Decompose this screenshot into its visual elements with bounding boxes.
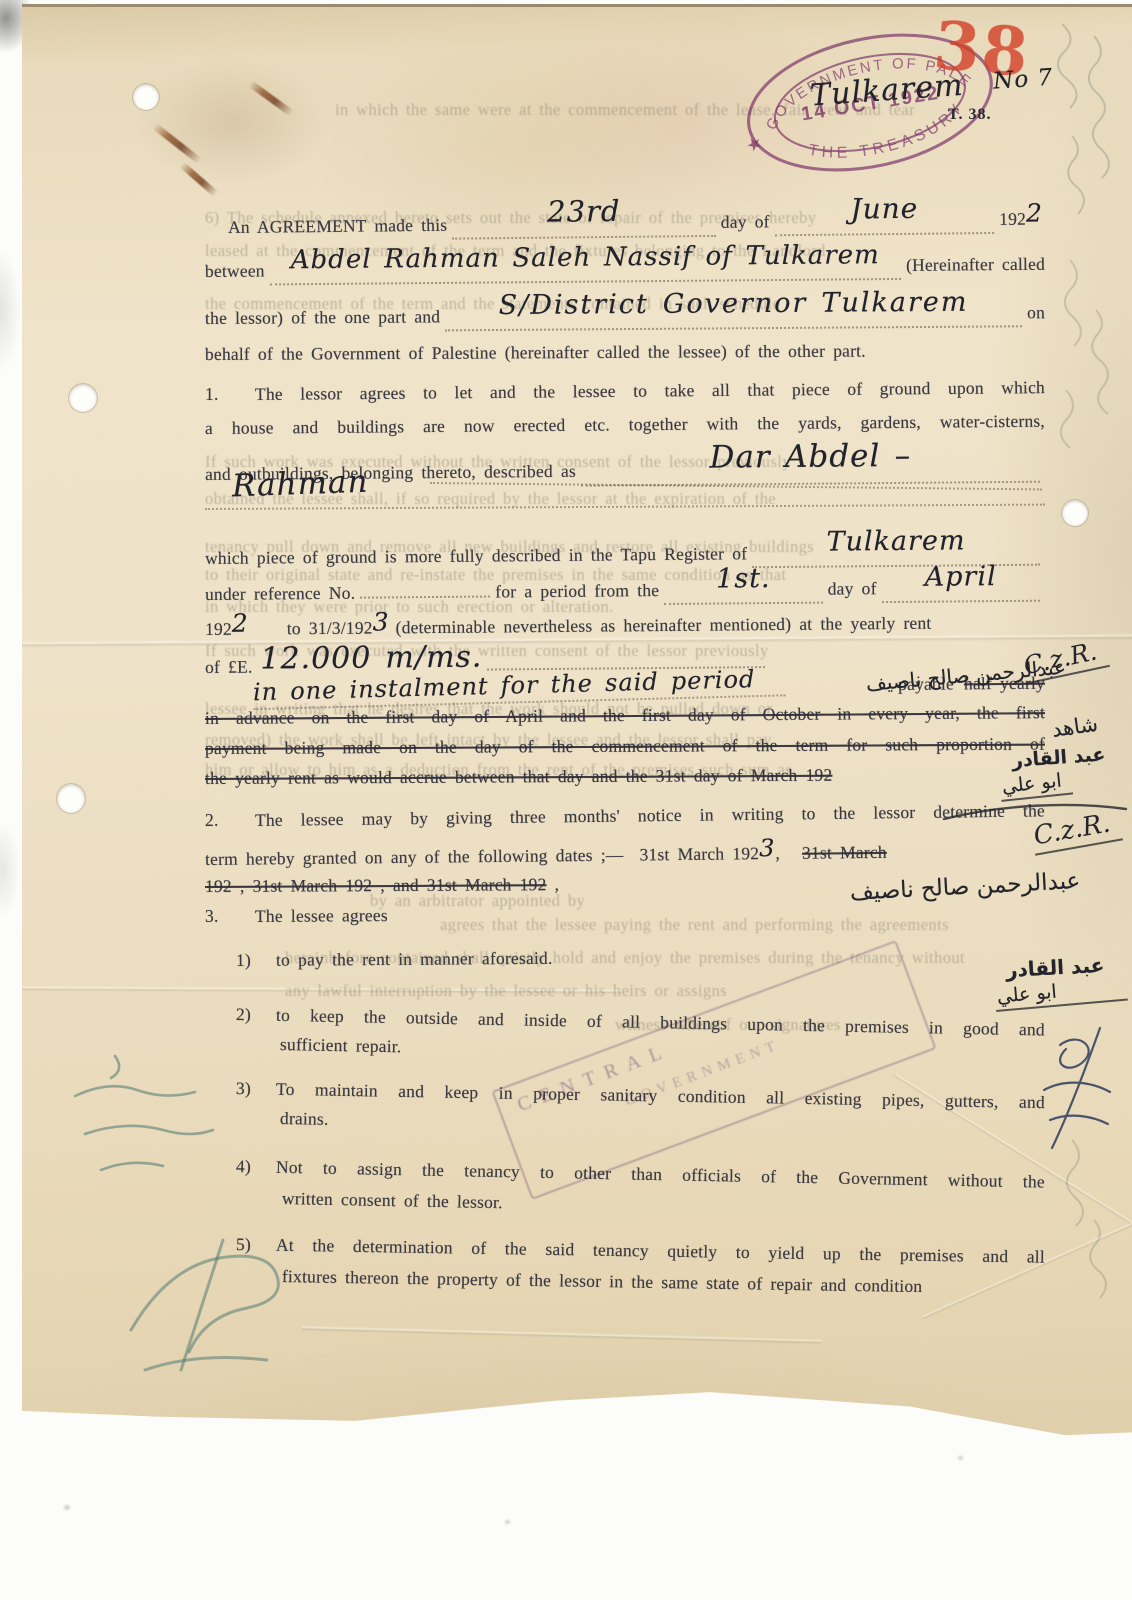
opening-hereinafter: (Hereinafter called (906, 254, 1045, 276)
handwritten-lessor-name: Abdel Rahman Saleh Nassif of Tulkarem (291, 240, 880, 275)
handwritten-date-digit: 3 (759, 834, 776, 862)
teal-pencil-note-1 (55, 1038, 235, 1198)
clause1-period-lead: for a period from the (495, 580, 659, 602)
ghost-margin-writing-1 (1042, 16, 1128, 226)
ghost-margin-writing-3 (1050, 1130, 1120, 1320)
agreement-opening-line-4: behalf of the Government of Palestine (h… (205, 341, 866, 365)
fill-property-name: Dar Abdel – (581, 445, 1040, 487)
scan-speck (958, 1456, 963, 1460)
opening-lead: An AGREEMENT made this (228, 215, 447, 238)
scan-speck (64, 1505, 70, 1510)
item4-number: 4) (236, 1156, 276, 1178)
fill-lessor: Abdel Rahman Saleh Nassif of Tulkarem (270, 248, 902, 286)
clause2-trailing-comma: , (554, 874, 559, 895)
crease-line (22, 985, 622, 994)
handwritten-from-day: 1st. (716, 563, 771, 594)
handwritten-year2: 2 (232, 609, 249, 638)
clause2-dates-lead: term hereby granted on any of the follow… (205, 845, 624, 870)
hole-punch (69, 384, 97, 412)
clause1-year-from: 192 (205, 619, 232, 640)
clause3-lead: The lessee agrees (255, 905, 388, 926)
handwritten-day: 23rd (547, 194, 621, 229)
handwritten-from-month: April (925, 561, 997, 593)
filing-note-number: No 7 (992, 65, 1054, 95)
teal-pencil-note-2 (85, 1222, 315, 1387)
struck-31st-march: 31st March (802, 842, 887, 864)
clause1-dayof2: day of (828, 578, 877, 599)
fill-day: 23rd (452, 201, 716, 240)
crease-line (302, 1325, 822, 1345)
handwritten-property-name-1: Dar Abdel – (709, 438, 911, 476)
stamp-star-icon: ★ (742, 131, 766, 156)
fill-from-month: April (881, 569, 1040, 603)
fill-reference-blank (360, 596, 490, 599)
scanned-document: in which the same were at the commenceme… (0, 0, 1132, 1600)
item2-text-line2: sufficient repair. (280, 1034, 402, 1056)
clause1-determinable: (determinable nevertheless as hereinafte… (396, 613, 932, 639)
clause2-date1: 31st March 192 (639, 843, 759, 865)
agreement-opening-line-3: the lessor) of the one part and S/Distri… (205, 294, 1045, 333)
handwritten-property-name-2: Rahman (231, 464, 369, 505)
hole-punch (1062, 500, 1088, 526)
opening-between: between (205, 260, 265, 282)
clause2-number: 2. (205, 810, 219, 830)
item1-number: 1) (236, 950, 276, 971)
handwritten-tapu-register: Tulkarem (826, 525, 965, 557)
clause2-comma: , (775, 843, 780, 864)
handwritten-lessee-name: S/District Governor Tulkarem (499, 287, 969, 321)
hole-punch (57, 784, 85, 813)
item2-number: 2) (236, 1004, 276, 1026)
item3-number: 3) (236, 1078, 276, 1100)
clause3-number: 3. (205, 906, 219, 926)
clause2-struck-dates-line: 192 , 31st March 192 , and 31st March 19… (205, 873, 805, 897)
ghost-margin-writing-2 (1046, 250, 1126, 470)
fill-lessee: S/District Governor Tulkarem (445, 294, 1022, 331)
opening-year-prefix: 192 (999, 209, 1026, 230)
item3-text-line2: drains. (280, 1108, 329, 1129)
form-number: T. 38. (948, 106, 991, 124)
clause1-reference-no: under reference No. (205, 583, 355, 605)
opening-line3-lead: the lessor) of the one part and (205, 306, 440, 329)
fill-from-day: 1st. (664, 571, 823, 605)
struck-dates-row: 192 , 31st March 192 , and 31st March 19… (205, 874, 547, 897)
hole-punch (133, 84, 159, 110)
clause1-tapu-lead: which piece of ground is more fully desc… (205, 543, 747, 569)
item4-text-line2: written consent of the lessor. (282, 1188, 503, 1212)
struck-line-yearly-rent: the yearly rent as would accrue between … (205, 765, 833, 788)
handwritten-year3: 3 (373, 607, 390, 636)
clause1-number: 1. (205, 384, 219, 404)
ink-underline-flourish (940, 795, 1130, 825)
opening-on: on (1027, 302, 1045, 323)
clause1-year-to: to 31/3/192 (287, 618, 373, 640)
fill-tapu: Tulkarem (752, 533, 1040, 569)
handwritten-year-digit: 2 (1026, 198, 1043, 227)
scan-speck (505, 1520, 510, 1524)
